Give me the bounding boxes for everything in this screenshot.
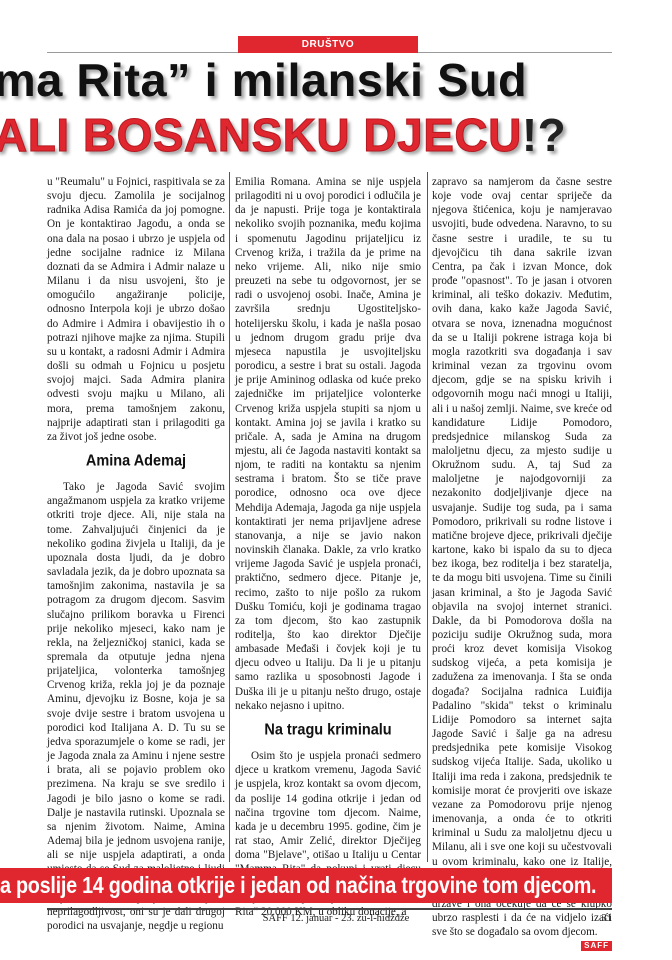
subheading-amina-ademaj: Amina Ademaj — [47, 453, 225, 468]
pull-quote-banner: a poslije 14 godina otkrije i jedan od n… — [0, 868, 612, 903]
column-divider-2 — [427, 172, 428, 862]
paragraph: Tako je Jagoda Savić svojim angažmanom u… — [47, 480, 225, 933]
subheading-na-tragu-kriminalu: Na tragu kriminalu — [235, 722, 421, 737]
column-divider-1 — [229, 172, 230, 862]
footer-rule — [47, 908, 612, 910]
footer-publication: SAFF 12. januar - 23. zu-l-hidždže — [0, 913, 672, 924]
article-column-3: zapravo sa namjerom da časne sestre koje… — [432, 175, 612, 951]
article-column-1: u "Reumalu" u Fojnici, raspitivala se za… — [47, 175, 225, 933]
pull-quote-text: a poslije 14 godina otkrije i jedan od n… — [0, 868, 596, 903]
headline-red-part: ALI BOSANSKU DJECU — [0, 109, 522, 161]
page-number: 31 — [595, 913, 612, 924]
article-column-2: Emilia Romana. Amina se nije uspjela pri… — [235, 175, 421, 919]
paragraph: Emilia Romana. Amina se nije uspjela pri… — [235, 175, 421, 713]
saff-end-badge: SAFF — [581, 941, 612, 951]
headline-line-2: ALI BOSANSKU DJECU!? — [0, 110, 566, 160]
headline-punctuation: !? — [522, 109, 566, 161]
section-tag: DRUŠTVO — [238, 36, 418, 53]
paragraph: zapravo sa namjerom da časne sestre koje… — [432, 175, 612, 939]
headline-line-1: ma Rita” i milanski Sud — [0, 55, 527, 105]
paragraph: u "Reumalu" u Fojnici, raspitivala se za… — [47, 175, 225, 444]
